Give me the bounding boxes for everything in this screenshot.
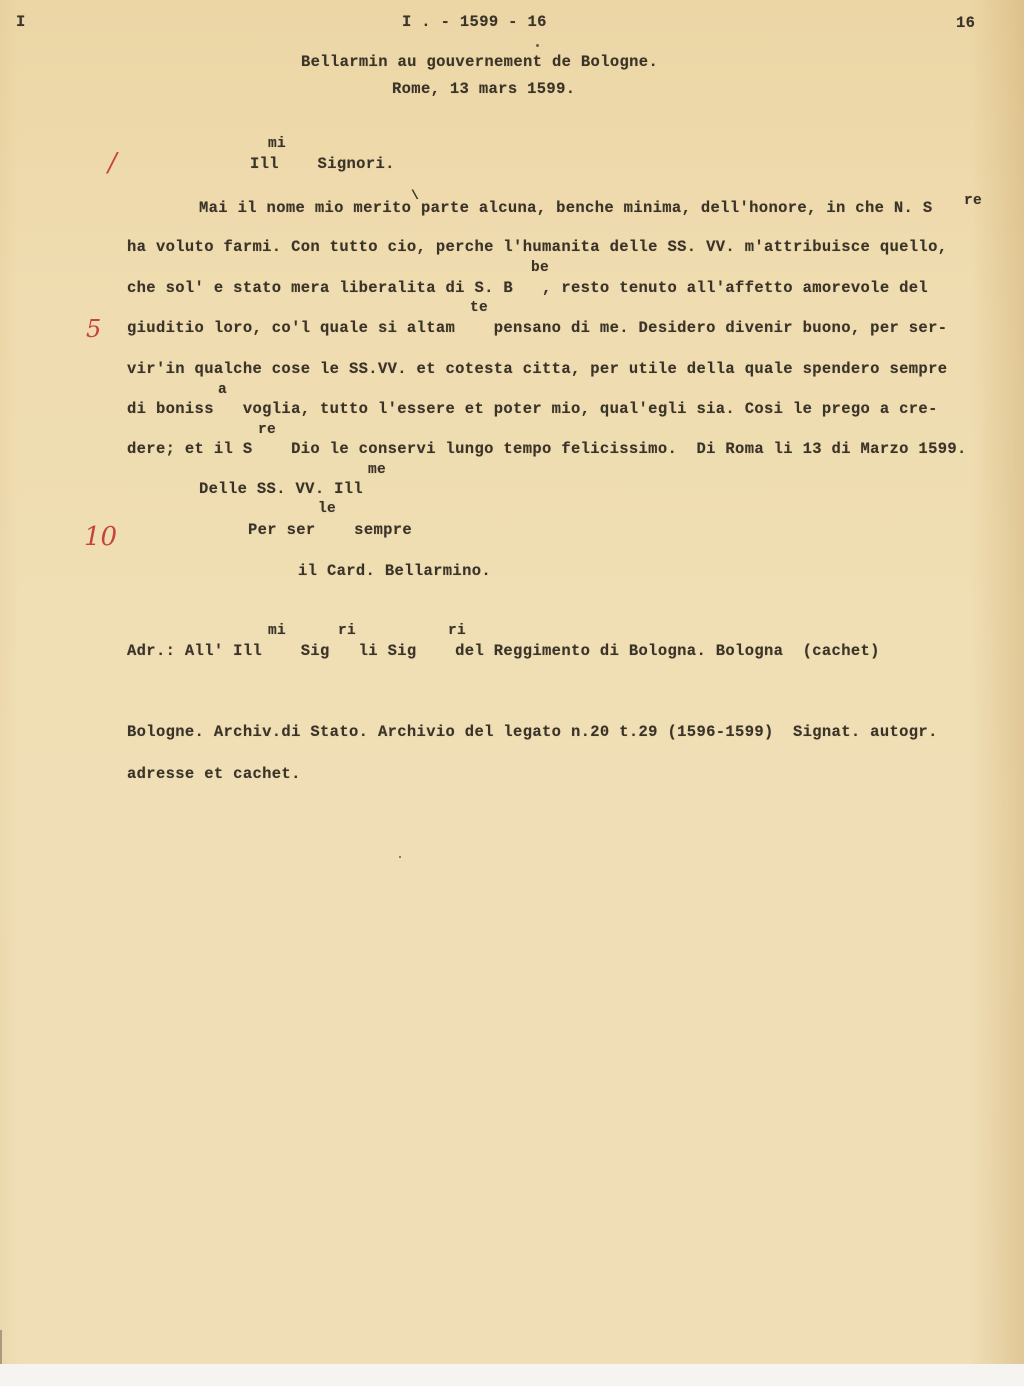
source-line-2: adresse et cachet. <box>127 765 301 783</box>
place-date: Rome, 13 mars 1599. <box>392 80 575 98</box>
margin-line-marker-10: 10 <box>84 524 117 550</box>
page-edge-tear <box>0 1330 16 1364</box>
salutation-superscript: mi <box>268 135 286 153</box>
body-line-6: di boniss voglia, tutto l'essere et pote… <box>127 400 938 418</box>
address-superscript-1: mi <box>268 622 286 640</box>
body-line-2: ha voluto farmi. Con tutto cio, perche l… <box>127 238 947 256</box>
body-line-1: Mai il nome mio merito parte alcuna, ben… <box>199 199 933 217</box>
address-superscript-3: ri <box>448 622 466 640</box>
body-line-5: vir'in qualche cose le SS.VV. et cotesta… <box>127 360 947 378</box>
body-line-6-superscript: a <box>218 381 227 399</box>
body-line-7: dere; et il S Dio le conservi lungo temp… <box>127 440 967 458</box>
body-line-3: che sol' e stato mera liberalita di S. B… <box>127 279 928 297</box>
stray-dot <box>536 44 539 47</box>
body-line-4-superscript: te <box>470 299 488 317</box>
source-line-1: Bologne. Archiv.di Stato. Archivio del l… <box>127 723 938 741</box>
address-superscript-2: ri <box>338 622 356 640</box>
body-line-4: giuditio loro, co'l quale si altam pensa… <box>127 319 947 337</box>
closing-line-1-superscript: me <box>368 461 386 479</box>
document-title: Bellarmin au gouvernement de Bologne. <box>301 53 658 71</box>
address-line: Adr.: All' Ill Sig li Sig del Reggimento… <box>127 642 880 660</box>
salutation: Ill Signori. <box>250 155 395 173</box>
body-line-1-superscript: re <box>964 192 982 210</box>
closing-line-1: Delle SS. VV. Ill <box>199 480 363 498</box>
header-left-mark: I <box>16 13 26 31</box>
closing-line-2: Per ser sempre <box>248 521 412 539</box>
document-page: I I . - 1599 - 16 16 Bellarmin au gouver… <box>0 0 1024 1364</box>
margin-line-marker-5: 5 <box>86 316 101 342</box>
body-line-3-superscript: be <box>531 259 549 277</box>
page-number: 16 <box>956 14 975 32</box>
margin-line-marker-1: / <box>108 150 117 176</box>
header-reference: I . - 1599 - 16 <box>402 13 547 31</box>
signature: il Card. Bellarmino. <box>298 562 491 580</box>
stray-dot <box>399 856 401 858</box>
scan-bottom-margin <box>0 1364 1024 1386</box>
closing-line-2-superscript: le <box>318 500 336 518</box>
body-line-7-superscript: re <box>258 421 276 439</box>
